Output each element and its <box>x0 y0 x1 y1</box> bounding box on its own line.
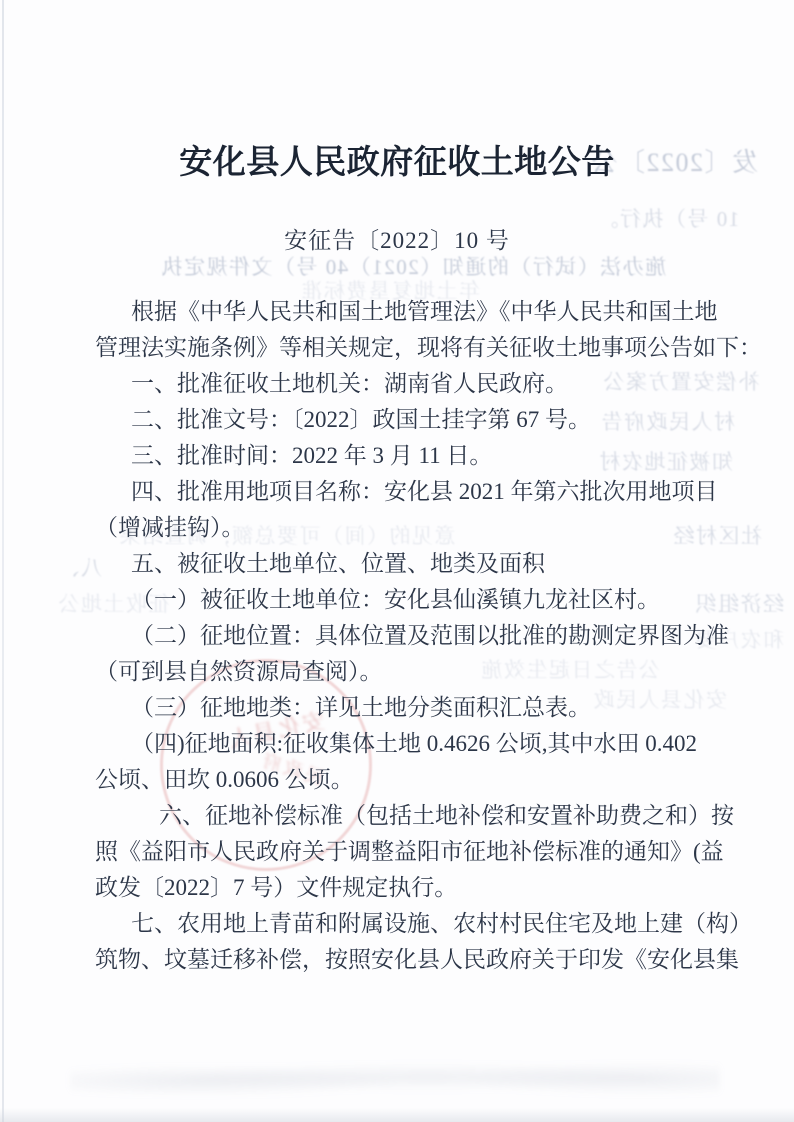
body-line: （增减挂钩）。 <box>95 510 720 546</box>
document-title: 安化县人民政府征收土地公告 <box>0 136 794 183</box>
body-line: 六、征地补偿标准（包括土地补偿和安置补助费之和）按 <box>95 798 720 834</box>
body-line: 四、批准用地项目名称：安化县 2021 年第六批次用地项目 <box>95 474 720 510</box>
body-line: （可到县自然资源局查阅）。 <box>95 654 720 690</box>
body-line: 管理法实施条例》等相关规定，现将有关征收土地事项公告如下： <box>95 330 720 366</box>
page-bottom-shadow <box>0 1108 794 1122</box>
body-line: 三、批准时间：2022 年 3 月 11 日。 <box>95 438 720 474</box>
bottom-bleedthrough-smudge <box>70 1058 720 1096</box>
scanned-document-page: 发〔2022〕公 10 号）执行。 施办法（试行）的通知（2021）40 号）文… <box>0 0 794 1122</box>
document-body: 根据《中华人民共和国土地管理法》《中华人民共和国土地 管理法实施条例》等相关规定… <box>95 294 720 978</box>
body-line: 七、农用地上青苗和附属设施、农村村民住宅及地上建（构） <box>95 906 720 942</box>
body-line: （四)征地面积:征收集体土地 0.4626 公顷,其中水田 0.402 <box>95 726 720 762</box>
body-line: 根据《中华人民共和国土地管理法》《中华人民共和国土地 <box>95 294 720 330</box>
body-line: （二）征地位置：具体位置及范围以批准的勘测定界图为准 <box>95 618 720 654</box>
body-line: （三）征地地类：详见土地分类面积汇总表。 <box>95 690 720 726</box>
body-line: 照《益阳市人民政府关于调整益阳市征地补偿标准的通知》(益 <box>95 834 720 870</box>
body-line: 筑物、坟墓迁移补偿，按照安化县人民政府关于印发《安化县集 <box>95 942 720 978</box>
body-line: （一）被征收土地单位：安化县仙溪镇九龙社区村。 <box>95 582 720 618</box>
document-number: 安征告〔2022〕10 号 <box>0 222 794 255</box>
body-line: 二、批准文号：〔2022〕政国土挂字第 67 号。 <box>95 402 720 438</box>
body-line: 政发〔2022〕7 号）文件规定执行。 <box>95 870 720 906</box>
body-line: 五、被征收土地单位、位置、地类及面积 <box>95 546 720 582</box>
body-line: 一、批准征收土地机关：湖南省人民政府。 <box>95 366 720 402</box>
body-line: 公顷、田坎 0.0606 公顷。 <box>95 762 720 798</box>
